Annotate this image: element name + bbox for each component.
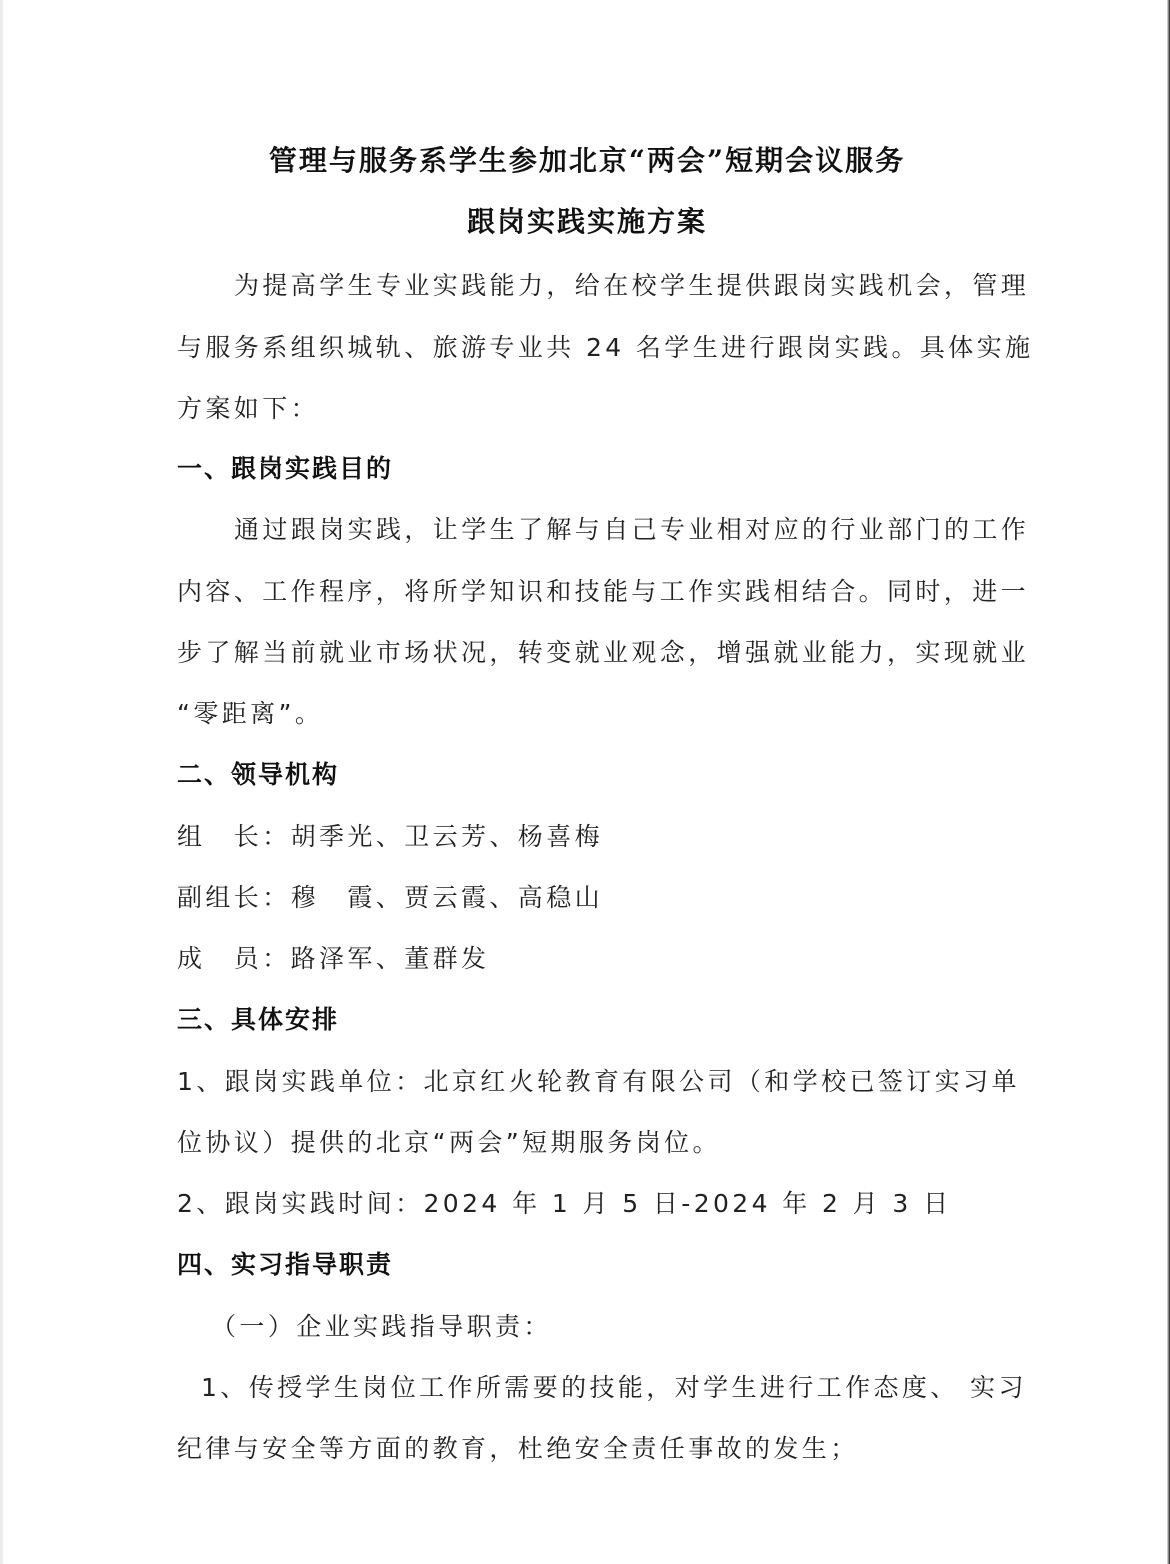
members-row: 成 员：路泽军、董群发 [177,942,489,976]
section-3-heading: 三、具体安排 [177,1003,339,1037]
document-title-line-2: 跟岗实践实施方案 [177,205,997,239]
intro-paragraph-line-3: 方案如下： [177,392,319,426]
intro-paragraph-line-1: 为提高学生专业实践能力，给在校学生提供跟岗实践机会，管理 [234,269,1029,303]
page-left-edge [0,0,3,1564]
section-1-line-1: 通过跟岗实践，让学生了解与自己专业相对应的行业部门的工作 [234,513,1029,547]
section-4-item-1-line-2: 纪律与安全等方面的教育，杜绝安全责任事故的发生； [177,1432,859,1466]
section-3-item-1-line-1: 1、跟岗实践单位：北京红火轮教育有限公司（和学校已签订实习单 [177,1065,1020,1099]
section-3-item-2: 2、跟岗实践时间：2024 年 1 月 5 日-2024 年 2 月 3 日 [177,1187,951,1221]
leader-row: 组 长：胡季光、卫云芳、杨喜梅 [177,820,603,854]
section-1-line-3: 步了解当前就业市场状况，转变就业观念，增强就业能力，实现就业 [177,636,1029,670]
section-2-heading: 二、领导机构 [177,758,339,792]
section-1-line-4: “零距离”。 [177,697,323,731]
section-4-subheading-1: （一）企业实践指导职责： [211,1310,552,1344]
document-title-line-1: 管理与服务系学生参加北京“两会”短期会议服务 [177,144,997,178]
section-3-item-1-line-2: 位协议）提供的北京“两会”短期服务岗位。 [177,1126,721,1160]
deputy-leader-row: 副组长：穆 霞、贾云霞、高稳山 [177,881,603,915]
section-1-line-2: 内容、工作程序，将所学知识和技能与工作实践相结合。同时，进一 [177,575,1029,609]
section-1-heading: 一、跟岗实践目的 [177,452,393,486]
section-4-heading: 四、实习指导职责 [177,1248,393,1282]
intro-paragraph-line-2: 与服务系组织城轨、旅游专业共 24 名学生进行跟岗实践。具体实施 [177,331,1034,365]
section-4-item-1-line-1: 1、传授学生岗位工作所需要的技能，对学生进行工作态度、 实习 [201,1371,1027,1405]
